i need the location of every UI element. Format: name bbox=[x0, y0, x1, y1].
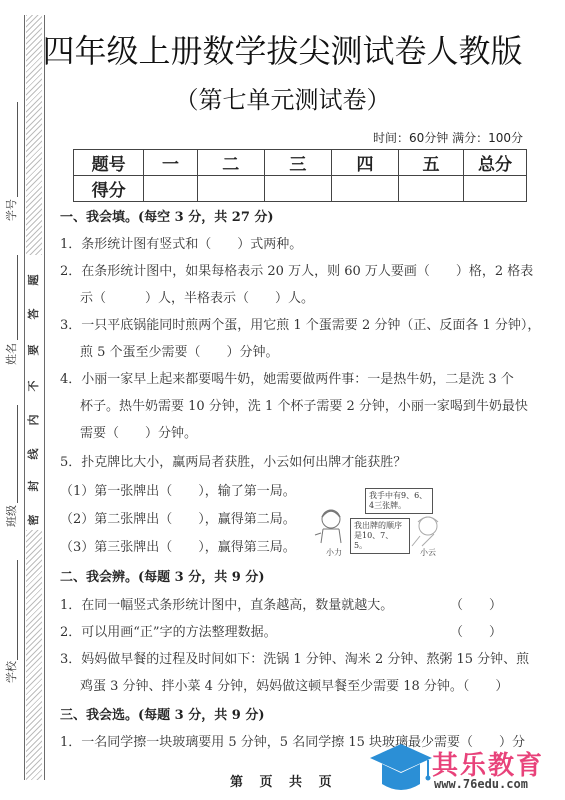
question-line: 1．在同一幅竖式条形统计图中，直条越高，数量就越大。 bbox=[60, 594, 393, 613]
seal-notice-char: 不 bbox=[26, 379, 42, 393]
score-table-header: 题号 一 二 三 四 五 总分 bbox=[74, 150, 527, 176]
judge-blank[interactable]: （ ） bbox=[450, 594, 502, 613]
question-line: （1）第一张牌出（ ），输了第一局。 bbox=[60, 480, 296, 499]
header-cell: 三 bbox=[264, 150, 331, 176]
section-title: 三、我会选。(每题 3 分，共 9 分) bbox=[60, 704, 265, 723]
page-title: 四年级上册数学拔尖测试卷人教版 bbox=[0, 26, 565, 72]
xiaoyun-speech-bubble: 我手中有9、6、4三张牌。 bbox=[365, 488, 433, 514]
score-table: 题号 一 二 三 四 五 总分 得分 bbox=[73, 149, 527, 202]
seal-notice-char: 密 bbox=[26, 513, 42, 527]
score-cell[interactable] bbox=[264, 176, 331, 202]
question-line: 3．一只平底锅能同时煎两个蛋，用它煎 1 个蛋需要 2 分钟（正、反面各 1 分… bbox=[60, 314, 540, 333]
xiaoli-figure-icon bbox=[313, 505, 353, 545]
student-id-blank[interactable] bbox=[17, 102, 18, 197]
seal-notice-char: 封 bbox=[26, 479, 42, 493]
question-line: （2）第二张牌出（ ），赢得第二局。 bbox=[60, 508, 296, 527]
question-line: 鸡蛋 3 分钟、拌小菜 4 分钟，妈妈做这顿早餐至少需要 18 分钟。（ ） bbox=[80, 675, 508, 694]
xiaoyun-figure-icon bbox=[408, 512, 444, 548]
school-label: 学校 bbox=[5, 667, 19, 683]
score-cell[interactable] bbox=[197, 176, 264, 202]
page-subtitle: （第七单元测试卷） bbox=[0, 80, 565, 115]
header-cell: 五 bbox=[399, 150, 464, 176]
school-blank[interactable] bbox=[17, 560, 18, 660]
question-line: 2．可以用画“正”字的方法整理数据。 bbox=[60, 621, 277, 640]
question-line: 煎 5 个蛋至少需要（ ）分钟。 bbox=[80, 341, 279, 360]
section-title: 二、我会辨。(每题 3 分，共 9 分) bbox=[60, 566, 265, 585]
question-line: 4．小丽一家早上起来都要喝牛奶，她需要做两件事：一是热牛奶，二是洗 3 个 bbox=[60, 368, 514, 387]
page-footer: 第 页 共 页 bbox=[230, 771, 338, 790]
graduation-cap-icon bbox=[368, 742, 434, 794]
seal-notice-char: 内 bbox=[26, 413, 42, 427]
seal-notice-char: 线 bbox=[26, 447, 42, 461]
score-cell[interactable] bbox=[144, 176, 197, 202]
name-label: 姓名 bbox=[5, 349, 19, 365]
seal-notice-char: 题 bbox=[26, 273, 42, 287]
header-cell: 一 bbox=[144, 150, 197, 176]
score-cell[interactable] bbox=[399, 176, 464, 202]
question-line: 1．条形统计图有竖式和（ ）式两种。 bbox=[60, 233, 302, 252]
seal-notice-char: 要 bbox=[26, 343, 42, 357]
xiaoli-speech-bubble: 我出牌的顺序是10、7、5。 bbox=[350, 518, 410, 554]
question-line: 3．妈妈做早餐的过程及时间如下：洗锅 1 分钟、淘米 2 分钟、熬粥 15 分钟… bbox=[60, 648, 529, 667]
question-line: 需要（ ）分钟。 bbox=[80, 422, 197, 441]
header-cell: 四 bbox=[331, 150, 398, 176]
row-label: 得分 bbox=[74, 176, 144, 202]
question-line: 5．扑克牌比大小，赢两局者获胜，小云如何出牌才能获胜？ bbox=[60, 451, 406, 470]
class-blank[interactable] bbox=[17, 405, 18, 503]
question-line: 示（ ）人，半格表示（ ）人。 bbox=[80, 287, 314, 306]
xiaoli-caption: 小力 bbox=[326, 547, 342, 558]
question-line: （3）第三张牌出（ ），赢得第三局。 bbox=[60, 536, 296, 555]
score-cell[interactable] bbox=[331, 176, 398, 202]
section-title: 一、我会填。(每空 3 分，共 27 分) bbox=[60, 206, 274, 225]
header-cell: 总分 bbox=[464, 150, 527, 176]
seal-notice-char: 答 bbox=[26, 307, 42, 321]
exam-meta: 时间：60分钟 满分：100分 bbox=[373, 129, 523, 146]
question-line: 杯子。热牛奶需要 10 分钟，洗 1 个杯子需要 2 分钟，小丽一家喝到牛奶最快 bbox=[80, 395, 528, 414]
question-line: 2．在条形统计图中，如果每格表示 20 万人，则 60 万人要画（ ）格，2 格… bbox=[60, 260, 533, 279]
score-table-row: 得分 bbox=[74, 176, 527, 202]
score-cell[interactable] bbox=[464, 176, 527, 202]
xiaoyun-caption: 小云 bbox=[420, 547, 436, 558]
brand-url: www.76edu.com bbox=[434, 777, 528, 791]
strip-line-left bbox=[24, 15, 25, 780]
student-id-label: 学号 bbox=[5, 205, 19, 221]
hatch-bottom bbox=[26, 530, 42, 780]
name-blank[interactable] bbox=[17, 255, 18, 340]
header-cell: 二 bbox=[197, 150, 264, 176]
header-cell: 题号 bbox=[74, 150, 144, 176]
judge-blank[interactable]: （ ） bbox=[450, 621, 502, 640]
strip-line-right bbox=[44, 15, 45, 780]
class-label: 班级 bbox=[5, 511, 19, 527]
